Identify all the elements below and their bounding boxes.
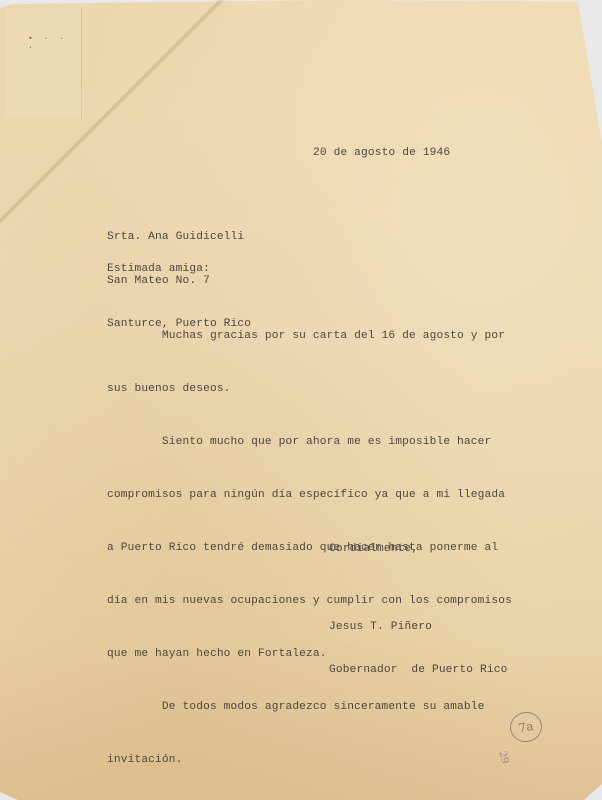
stub-marks: • · · · <box>28 34 81 52</box>
signer-title: Gobernador de Puerto Rico <box>329 663 507 678</box>
recipient-line: Srta. Ana Guidicelli <box>107 230 251 246</box>
signature-block: Jesus T. Piñero Gobernador de Puerto Ric… <box>329 592 507 692</box>
body-line: Muchas gracias por su carta del 16 de ag… <box>107 329 512 354</box>
salutation: Estimada amiga: <box>107 262 210 276</box>
signer-name: Jesus T. Piñero <box>329 620 507 635</box>
letter-date: 20 de agosto de 1946 <box>313 146 450 160</box>
body-line: De todos modos agradezco sinceramente su… <box>107 700 512 725</box>
letter-body: Muchas gracias por su carta del 16 de ag… <box>107 301 512 792</box>
body-line: compromisos para ningún día específico y… <box>107 488 512 513</box>
body-line: invitación. <box>107 753 512 778</box>
body-line: sus buenos deseos. <box>107 382 512 407</box>
closing: Cordialmente, <box>329 542 418 556</box>
body-line: a Puerto Rico tendré demasiado que hacer… <box>107 541 512 566</box>
circled-annotation-text: 7a <box>517 719 534 735</box>
body-line: Siento mucho que por ahora me es imposib… <box>107 435 512 460</box>
underlying-sheet-corner: • · · · <box>6 8 82 118</box>
